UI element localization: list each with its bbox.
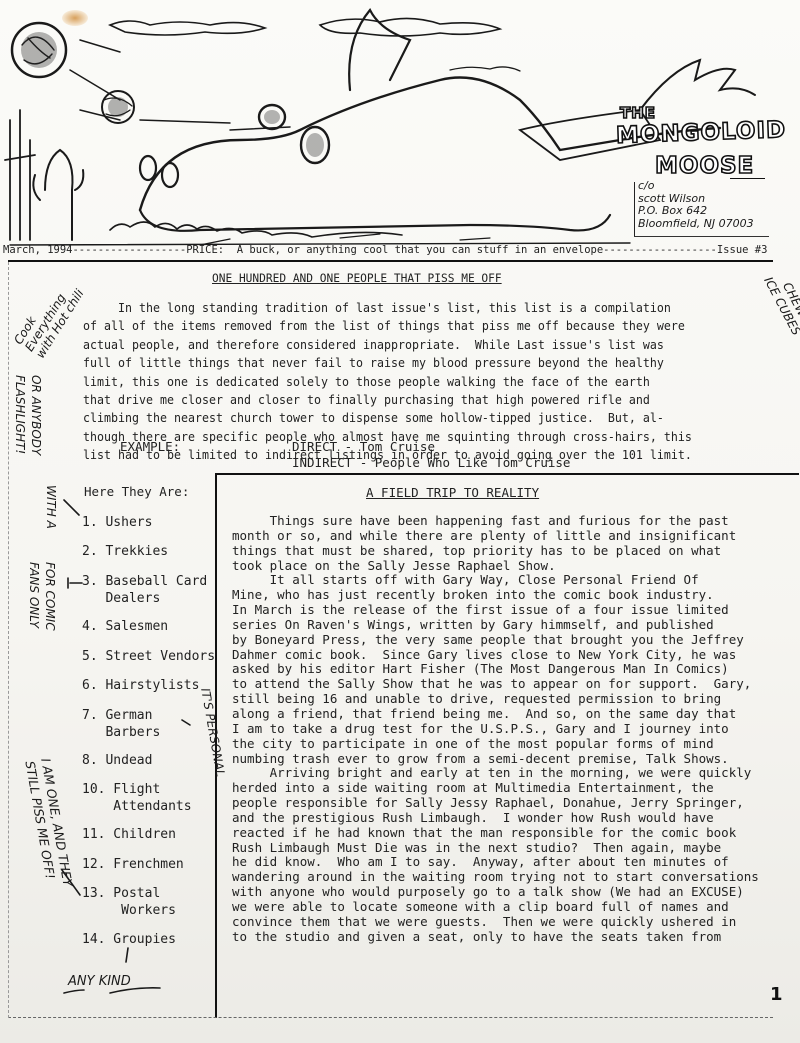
annotation-pointer-lines [0, 0, 800, 1043]
page-number: 1 [770, 984, 783, 1005]
newsletter-page: THE MONGOLOID MOOSE c/o scott Wilson P.O… [0, 0, 800, 1043]
